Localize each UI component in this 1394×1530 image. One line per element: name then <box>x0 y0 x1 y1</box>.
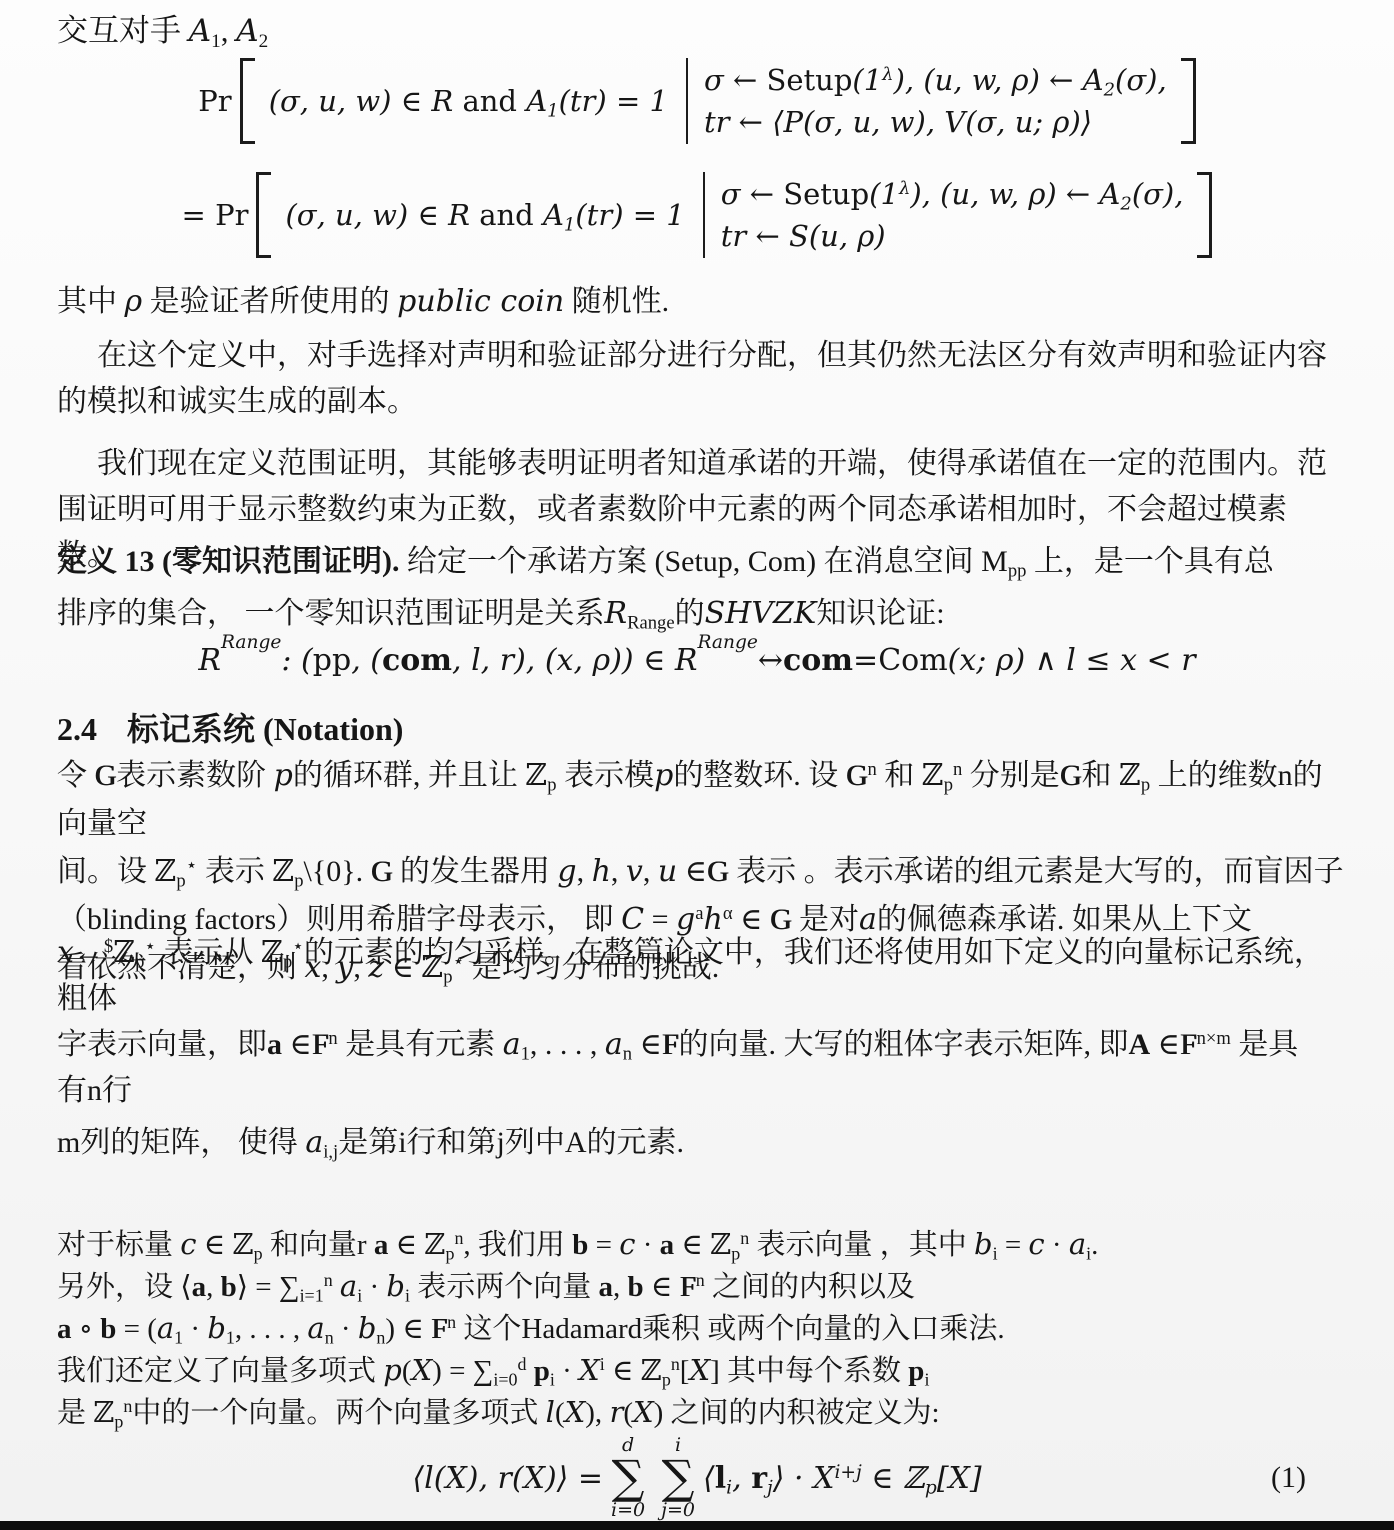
definition-label: 定义 13 (零知识范围证明). <box>57 545 399 578</box>
right-bracket <box>1197 172 1212 258</box>
left-bracket <box>240 58 255 144</box>
formula-lhs: (σ, u, w) ∈ R and A1(tr) = 1 <box>285 198 684 232</box>
bottom-bar <box>0 1521 1394 1530</box>
section-title: 标记系统 (Notation) <box>127 711 403 747</box>
paper-page: { "intro": { "text": "交互对手 \\it{A}_{1}, … <box>0 0 1394 1530</box>
left-bracket <box>256 172 271 258</box>
range-relation-formula: RRange : (pp, (com, l, r), (x, ρ)) ∈ RRa… <box>0 643 1394 678</box>
paragraph-line: 有n行 <box>57 1068 1352 1114</box>
paragraph-line: 令 G表示素数阶 p的循环群, 并且让 ℤp 表示模p的整数环. 设 Gn 和 … <box>57 752 1352 848</box>
definition-line-1: 定义 13 (零知识范围证明). 给定一个承诺方案 (Setup, Com) 在… <box>57 536 1347 588</box>
paragraph-line: x←$ℤp⋆ 表示从 ℤp⋆的元素的均匀采样。在整篇论文中，我们还将使用如下定义… <box>57 930 1352 1022</box>
sum-lower-limit: i=0 <box>611 1500 645 1521</box>
definition-text: 给定一个承诺方案 (Setup, Com) 在消息空间 Mpp 上，是一个具有总 <box>407 545 1274 578</box>
condition-block: σ ← Setup(1λ), (u, w, ρ) ← A2(σ), tr ← S… <box>703 172 1184 258</box>
definition-13: 定义 13 (零知识范围证明). 给定一个承诺方案 (Setup, Com) 在… <box>57 536 1347 640</box>
paragraph-line: 对于标量 c ∈ ℤp 和向量r a ∈ ℤpn, 我们用 b = c · a … <box>57 1224 1352 1266</box>
paragraph-definition-remark: 在这个定义中，对手选择对声明和验证部分进行分配，但其仍然无法区分有效声明和验证内… <box>57 333 1345 425</box>
equation-lhs: ⟨l(X), r(X)⟩ = <box>412 1461 603 1496</box>
equation-number: (1) <box>1271 1461 1306 1495</box>
equals-pr-operator: = Pr <box>182 198 249 232</box>
paragraph-line: a ∘ b = (a1 · b1, . . . , an · bn) ∈ Fn … <box>57 1308 1352 1350</box>
paragraph-scalar-inner-product: 对于标量 c ∈ ℤp 和向量r a ∈ ℤpn, 我们用 b = c · a … <box>57 1224 1352 1434</box>
sum-symbol: ∑ <box>662 1456 695 1500</box>
sum-over-i: d ∑ i=0 <box>611 1435 645 1520</box>
sum-symbol: ∑ <box>612 1456 645 1500</box>
paragraph-line: 的模拟和诚实生成的副本。 <box>57 379 1345 425</box>
probability-formula-2: = Pr (σ, u, w) ∈ R and A1(tr) = 1 σ ← Se… <box>0 172 1394 258</box>
equation-1: ⟨l(X), r(X)⟩ = d ∑ i=0 i ∑ j=0 ⟨li, rj⟩ … <box>0 1432 1394 1524</box>
paragraph-line: 间。设 ℤp⋆ 表示 ℤp\{0}. G 的发生器用 g, h, v, u ∈G… <box>57 848 1352 896</box>
probability-formula-1: Pr (σ, u, w) ∈ R and A1(tr) = 1 σ ← Setu… <box>0 58 1394 144</box>
section-header: 2.4标记系统 (Notation) <box>57 704 403 750</box>
condition-block: σ ← Setup(1λ), (u, w, ρ) ← A2(σ), tr ← ⟨… <box>686 58 1167 144</box>
paragraph-line: 在这个定义中，对手选择对声明和验证部分进行分配，但其仍然无法区分有效声明和验证内… <box>57 333 1345 379</box>
pr-operator: Pr <box>198 84 231 118</box>
right-bracket <box>1181 58 1196 144</box>
paragraph-line: 字表示向量，即a ∈Fn 是具有元素 a1, . . . , an ∈F的向量.… <box>57 1022 1352 1068</box>
paragraph-line: 是 ℤpn中的一个向量。两个向量多项式 l(X), r(X) 之间的内积被定义为… <box>57 1392 1352 1434</box>
equation-rhs: ⟨li, rj⟩ · Xi+j ∈ ℤp[X] <box>703 1461 982 1496</box>
paragraph-line: 我们还定义了向量多项式 p(X) = ∑i=0d pi · Xi ∈ ℤpn[X… <box>57 1350 1352 1392</box>
paragraph-line: 我们现在定义范围证明，其能够表明证明者知道承诺的开端，使得承诺值在一定的范围内。… <box>57 441 1345 487</box>
public-coin-note: 其中 ρ 是验证者所使用的 public coin 随机性. <box>57 279 669 325</box>
equation-1-block: ⟨l(X), r(X)⟩ = d ∑ i=0 i ∑ j=0 ⟨li, rj⟩ … <box>0 1432 1394 1524</box>
sum-over-j: i ∑ j=0 <box>661 1435 695 1520</box>
condition-line-2: tr ← S(u, ρ) <box>721 218 1184 254</box>
formula-lhs: (σ, u, w) ∈ R and A1(tr) = 1 <box>269 84 668 118</box>
sum-lower-limit: j=0 <box>661 1500 695 1521</box>
intro-line: 交互对手 A1, A2 <box>57 8 268 54</box>
section-number: 2.4 <box>57 711 97 747</box>
condition-line-1: σ ← Setup(1λ), (u, w, ρ) ← A2(σ), <box>721 176 1184 212</box>
condition-line-2: tr ← ⟨P(σ, u, w), V(σ, u; ρ)⟩ <box>704 104 1167 140</box>
paragraph-line: 另外，设 ⟨a, b⟩ = ∑i=1n ai · bi 表示两个向量 a, b … <box>57 1266 1352 1308</box>
matrix-continuation-line: m列的矩阵， 使得 ai,j是第i行和第j列中A的元素. <box>57 1120 684 1166</box>
condition-line-1: σ ← Setup(1λ), (u, w, ρ) ← A2(σ), <box>704 62 1167 98</box>
paragraph-sampling-vectors: x←$ℤp⋆ 表示从 ℤp⋆的元素的均匀采样。在整篇论文中，我们还将使用如下定义… <box>57 930 1352 1114</box>
